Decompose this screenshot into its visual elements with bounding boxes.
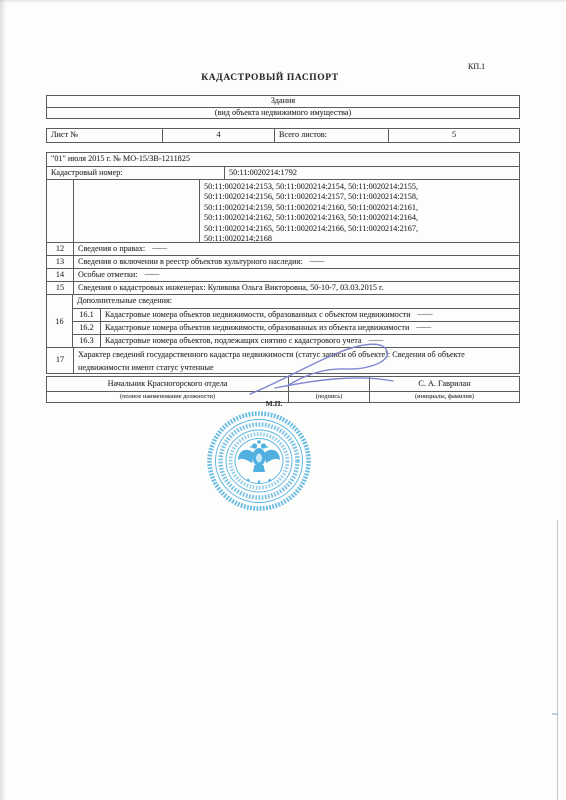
related-line: 50:11:0020214:2162, 50:11:0020214:2163, … — [204, 213, 515, 223]
empty-value-dash: —— — [310, 256, 323, 267]
empty-value-dash: —— — [416, 322, 429, 333]
empty-value-dash: —— — [418, 309, 431, 320]
sheet-table: Лист № 4 Всего листов: 5 — [46, 128, 520, 143]
page-title: КАДАСТРОВЫЙ ПАСПОРТ — [160, 73, 380, 83]
empty-value-dash: —— — [152, 243, 165, 254]
sheet-label: Лист № — [47, 129, 162, 142]
cadastral-number-value: 50:11:0020214:1792 — [224, 167, 519, 179]
official-stamp — [203, 408, 317, 516]
sheet-value: 4 — [162, 129, 274, 142]
cadastral-engineers-row: Сведения о кадастровых инженерах: Кулико… — [73, 282, 519, 294]
sub-row-number: 16.1 — [73, 309, 101, 321]
formed-from-object-label: Кадастровые номера объектов недвижимости… — [105, 323, 409, 332]
stamp-place-label: М.П. — [258, 399, 290, 408]
rights-info-row: Сведения о правах:—— — [73, 243, 519, 255]
related-cadastral-numbers: 50:11:0020214:2153, 50:11:0020214:2154, … — [199, 180, 519, 242]
related-line: 50:11:0020214:2165, 50:11:0020214:2166, … — [204, 224, 515, 234]
cadastral-number-label: Кадастровый номер: — [47, 167, 224, 179]
scan-edge-top — [0, 0, 566, 3]
formed-with-object-label: Кадастровые номера объектов недвижимости… — [105, 310, 411, 319]
form-code: КП.1 — [468, 62, 508, 71]
special-notes-row: Особые отметки:—— — [73, 269, 519, 281]
related-line: 50:11:0020214:2153, 50:11:0020214:2154, … — [204, 182, 515, 192]
row-number: 17 — [47, 348, 73, 373]
heritage-register-label: Сведения о включении в реестр объектов к… — [78, 257, 303, 266]
additional-info-header: Дополнительные сведения: — [73, 295, 519, 308]
row-number: 16 — [47, 295, 73, 347]
related-line: 50:11:0020214:2156, 50:11:0020214:2157, … — [204, 192, 515, 202]
object-type-caption: (вид объекта недвижимого имущества) — [47, 108, 519, 118]
empty-value-dash: —— — [145, 269, 158, 280]
sub-row-number: 16.2 — [73, 322, 101, 334]
sub-row-number: 16.3 — [73, 335, 101, 347]
related-line: 50:11:0020214:2168 — [204, 234, 515, 242]
total-sheets-value: 5 — [388, 129, 519, 142]
object-type-value: Здания — [47, 96, 519, 107]
scan-edge-right — [557, 520, 558, 800]
empty-label-cell — [73, 180, 199, 242]
rights-info-label: Сведения о правах: — [78, 244, 145, 253]
total-sheets-label: Всего листов: — [274, 129, 388, 142]
scan-edge-left — [0, 0, 6, 800]
cadastral-passport-page: КП.1 КАДАСТРОВЫЙ ПАСПОРТ Здания (вид объ… — [0, 0, 566, 800]
scan-artifact-tick — [552, 713, 558, 715]
date-number-line: "01" июля 2015 г. № МО-15/ЗВ-1211825 — [47, 153, 519, 166]
related-line: 50:11:0020214:2159, 50:11:0020214:2160, … — [204, 203, 515, 213]
formed-from-object-row: Кадастровые номера объектов недвижимости… — [101, 322, 519, 334]
handwritten-signature — [235, 336, 410, 400]
heritage-register-row: Сведения о включении в реестр объектов к… — [73, 256, 519, 268]
row-number: 12 — [47, 243, 73, 255]
special-notes-label: Особые отметки: — [78, 270, 138, 279]
empty-num-cell — [47, 180, 73, 242]
object-type-table: Здания (вид объекта недвижимого имуществ… — [46, 95, 520, 119]
eagle-emblem-icon — [238, 440, 280, 472]
row-number: 15 — [47, 282, 73, 294]
row-number: 14 — [47, 269, 73, 281]
row-number: 13 — [47, 256, 73, 268]
formed-with-object-row: Кадастровые номера объектов недвижимости… — [101, 309, 519, 321]
